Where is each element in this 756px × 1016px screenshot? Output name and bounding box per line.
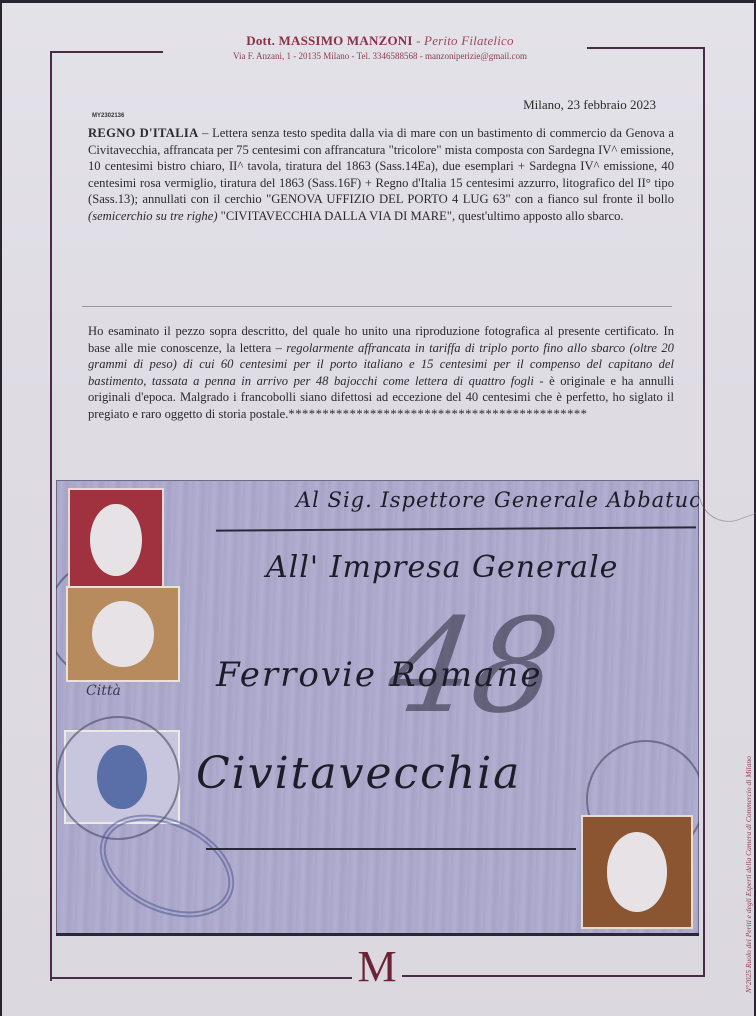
- stamp-40c-red: [68, 488, 164, 592]
- cover-photo: 48 Al Sig. Ispettore Generale Abbatucci …: [56, 480, 699, 936]
- address-line: Civitavecchia: [196, 748, 521, 799]
- expert-address: Via F. Anzani, 1 - 20135 Milano - Tel. 3…: [2, 51, 756, 61]
- frame-line: [402, 975, 705, 977]
- description-lead: REGNO D'ITALIA: [88, 126, 199, 140]
- certificate-date: Milano, 23 febbraio 2023: [523, 97, 656, 113]
- stamp-10c-bistre: [66, 586, 180, 682]
- stars-filler: ****************************************…: [288, 407, 587, 421]
- registry-note: N°2025 Ruolo dei Periti e degli Esperti …: [744, 756, 753, 993]
- side-note: Città: [86, 683, 121, 699]
- opinion-paragraph: Ho esaminato il pezzo sopra descritto, d…: [88, 323, 674, 422]
- underline: [216, 526, 696, 531]
- frame-line: [50, 51, 52, 981]
- stamp-portrait: [607, 832, 667, 911]
- address-line: All' Impresa Generale: [266, 550, 618, 585]
- certificate-sheet: Dott. MASSIMO MANZONI - Perito Filatelic…: [2, 3, 754, 1016]
- monogram-logo: M: [352, 943, 402, 991]
- frame-line: [50, 977, 352, 979]
- stamp-portrait: [90, 504, 142, 576]
- underline: [206, 848, 576, 850]
- expert-role: Perito Filatelico: [424, 33, 514, 48]
- signature-mark: [697, 473, 756, 531]
- address-line: Al Sig. Ispettore Generale Abbatucci: [296, 488, 699, 512]
- expert-name: Dott. MASSIMO MANZONI: [246, 33, 412, 48]
- stamp-10c-bistre: [581, 815, 693, 929]
- frame-line: [703, 47, 705, 977]
- description-paragraph: REGNO D'ITALIA – Lettera senza testo spe…: [88, 125, 674, 224]
- letterhead: Dott. MASSIMO MANZONI - Perito Filatelic…: [2, 33, 756, 61]
- certificate-id: MY2302136: [92, 113, 124, 119]
- section-divider: [82, 306, 672, 307]
- address-line: Ferrovie Romane: [216, 655, 542, 695]
- stamp-portrait: [92, 601, 154, 667]
- expert-name-line: Dott. MASSIMO MANZONI - Perito Filatelic…: [2, 33, 756, 49]
